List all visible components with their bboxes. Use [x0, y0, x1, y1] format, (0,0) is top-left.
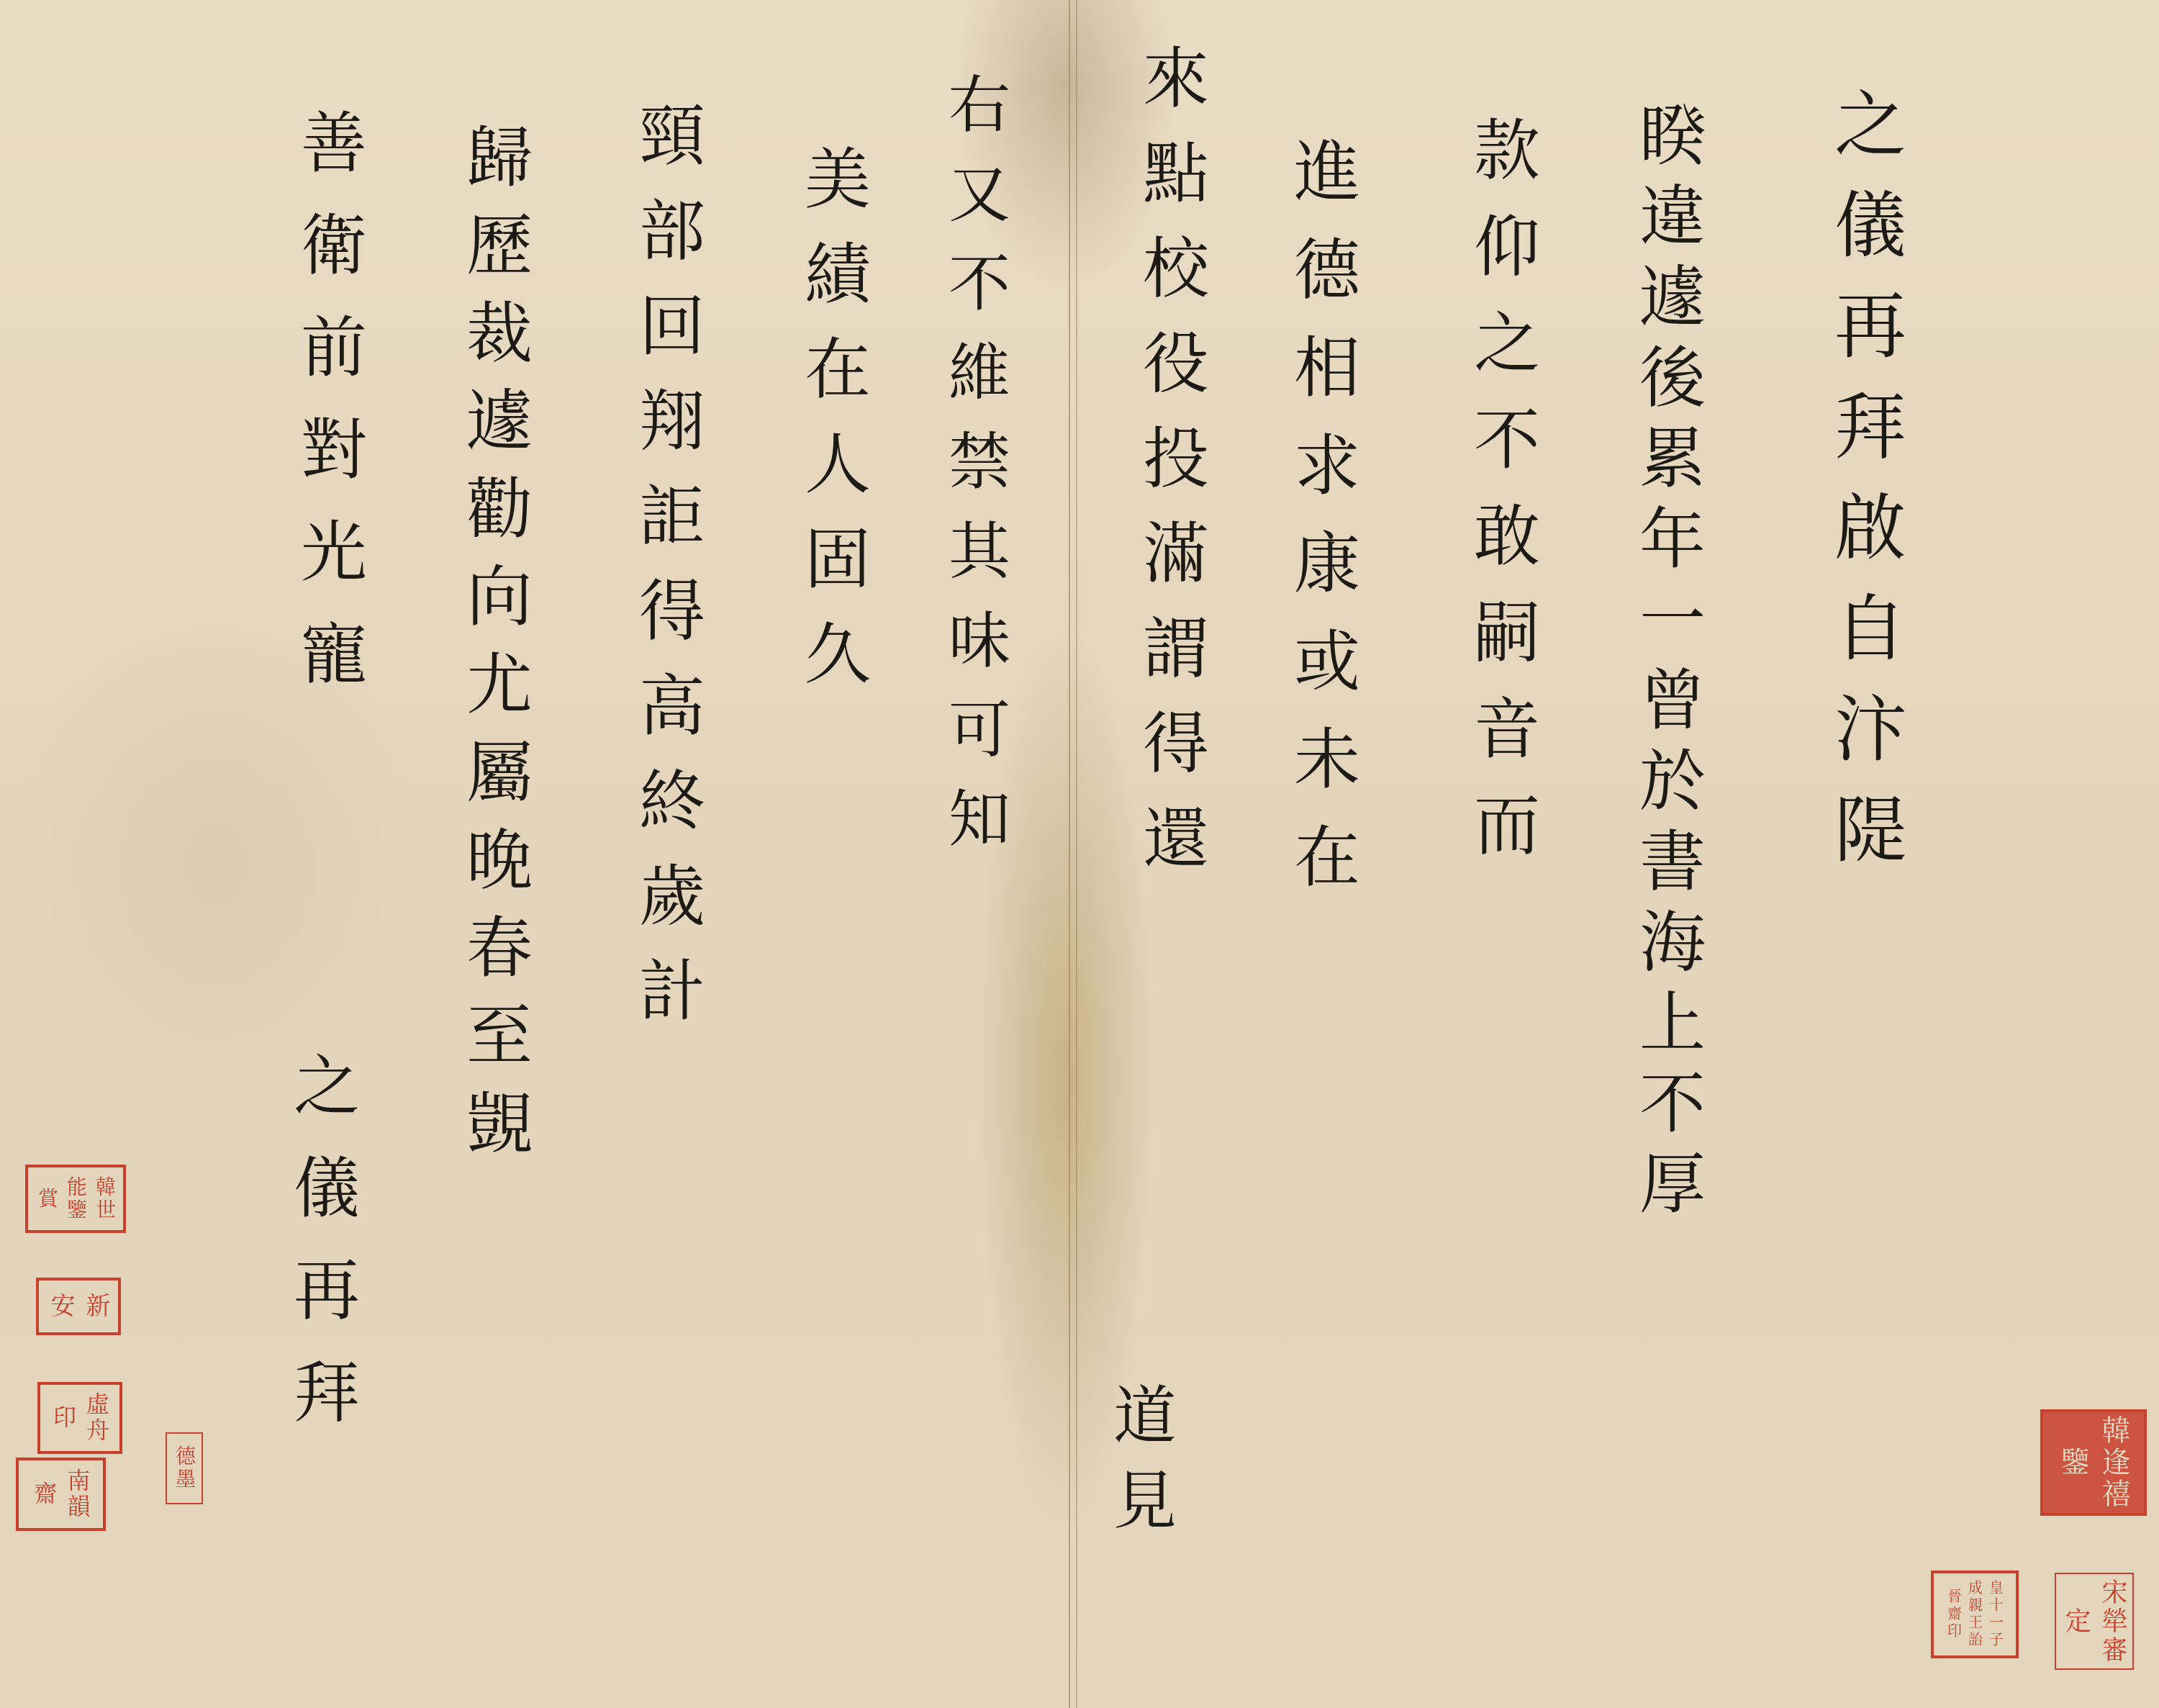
collector-seal-4: 南韻齋: [16, 1458, 106, 1531]
collector-seal-3: 虛舟印: [37, 1382, 122, 1454]
text-column-2: 睽違遽後累年一曾於書海上不厚: [1634, 101, 1700, 1229]
text-column-1: 之儀再拜啟自汴隄: [1828, 86, 1900, 893]
text-column-5: 來點校役投滿謂得還: [1137, 43, 1203, 898]
collector-seal-6: 韓逢禧鑒: [2040, 1409, 2147, 1516]
signature-column: 之儀再拜: [288, 1051, 354, 1460]
text-column-4: 進德相求康或未在: [1288, 137, 1354, 920]
collector-seal-1: 韓世能鑒賞: [25, 1165, 126, 1233]
center-fold-line: [1069, 0, 1077, 1708]
collector-seal-2: 新安: [36, 1278, 121, 1335]
text-column-9: 頸部回翔詎得高終歲計: [633, 101, 700, 1051]
text-column-6: 道見: [1108, 1382, 1172, 1552]
collector-seal-5: 德墨: [166, 1432, 203, 1504]
text-column-11: 善衛前對光寵: [295, 108, 361, 721]
collector-seal-8: 宋犖審定: [2055, 1573, 2134, 1670]
collector-seal-7: 皇十一子成親王詒晉齋印: [1931, 1571, 2019, 1658]
text-column-7: 右又不維禁其味可知: [943, 72, 1005, 875]
text-column-8: 美績在人固久: [799, 144, 865, 714]
text-column-3: 款仰之不敢嗣音而: [1468, 115, 1534, 887]
text-column-10: 歸歷裁遽勸向尤屬晚春至覬: [461, 122, 527, 1176]
